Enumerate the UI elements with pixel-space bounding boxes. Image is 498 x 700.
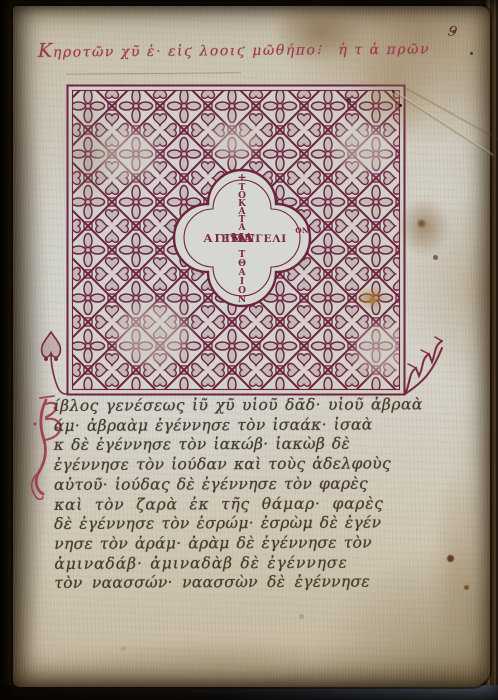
rubric-text-2: ἡ τ ἁ πρῶν bbox=[338, 41, 430, 58]
text-line: κ δὲ ἐγέννησε τὸν ἰακώβ· ἰακὼβ δὲ bbox=[54, 435, 466, 457]
rubric-text-1: ηροτῶν χῦ ἑ· εἰϛ λοοιϛ μῶθήπο⁝ bbox=[53, 42, 323, 60]
text-line: αὐτοῦ· ἰούδας δὲ ἐγέννησε τὸν φαρὲς bbox=[54, 474, 466, 496]
text-line: τὸν ναασσών· ναασσὼν δὲ ἐγέννησε bbox=[54, 572, 466, 594]
text-line: άμ· ἀβραὰμ ἐγέννησε τὸν ἰσαάκ· ἰσαὰ bbox=[54, 415, 466, 437]
text-line: δὲ ἐγέννησε τὸν ἐσρώμ· ἐσρὼμ δὲ ἐγέν bbox=[54, 513, 466, 535]
rubric-initial: Κ bbox=[38, 40, 53, 62]
text-line: ίβλος γενέσεως ἰῦ χῦ υἱοῦ δᾱδ· υἱοῦ ἀβρα… bbox=[54, 395, 466, 417]
text-line: καὶ τὸν ζαρὰ ἐκ τῆς θάμαρ· φαρὲς bbox=[54, 494, 466, 516]
text-line: ἐγέννησε τὸν ἰούδαν καὶ τοὺς ἀδελφοὺς bbox=[54, 454, 466, 476]
medallion-right-arm: ΕΥΑΓΓΕΛΙ bbox=[221, 233, 287, 245]
headpiece-svg: + Τ Ο Κ Α Τ Α ΑΓΙΟΝ ΜΑ ΕΥΑΓΓΕΛΙ ΟΝ Τ Θ Α… bbox=[64, 82, 408, 398]
text-line: ἀμιναδάβ· ἀμιναδὰβ δὲ ἐγέννησε bbox=[54, 553, 466, 575]
text-line: νησε τὸν ἀράμ· ἀρὰμ δὲ ἐγέννησε τὸν bbox=[54, 533, 466, 555]
medallion-letter: Ν bbox=[238, 295, 246, 305]
gospel-text-block: ίβλος γενέσεως ἰῦ χῦ υἱοῦ δᾱδ· υἱοῦ ἀβρα… bbox=[54, 395, 467, 594]
ink-specks bbox=[0, 0, 3, 3]
headpiece-ornament: + Τ Ο Κ Α Τ Α ΑΓΙΟΝ ΜΑ ΕΥΑΓΓΕΛΙ ΟΝ Τ Θ Α… bbox=[64, 82, 408, 398]
table-background bbox=[0, 685, 498, 700]
manuscript-photo: Κηροτῶν χῦ ἑ· εἰϛ λοοιϛ μῶθήπο⁝ἡ τ ἁ πρῶ… bbox=[0, 0, 498, 700]
rubric-heading: Κηροτῶν χῦ ἑ· εἰϛ λοοιϛ μῶθήπο⁝ἡ τ ἁ πρῶ… bbox=[38, 36, 468, 62]
medallion-right-arm-superscript: ΟΝ bbox=[295, 226, 309, 235]
